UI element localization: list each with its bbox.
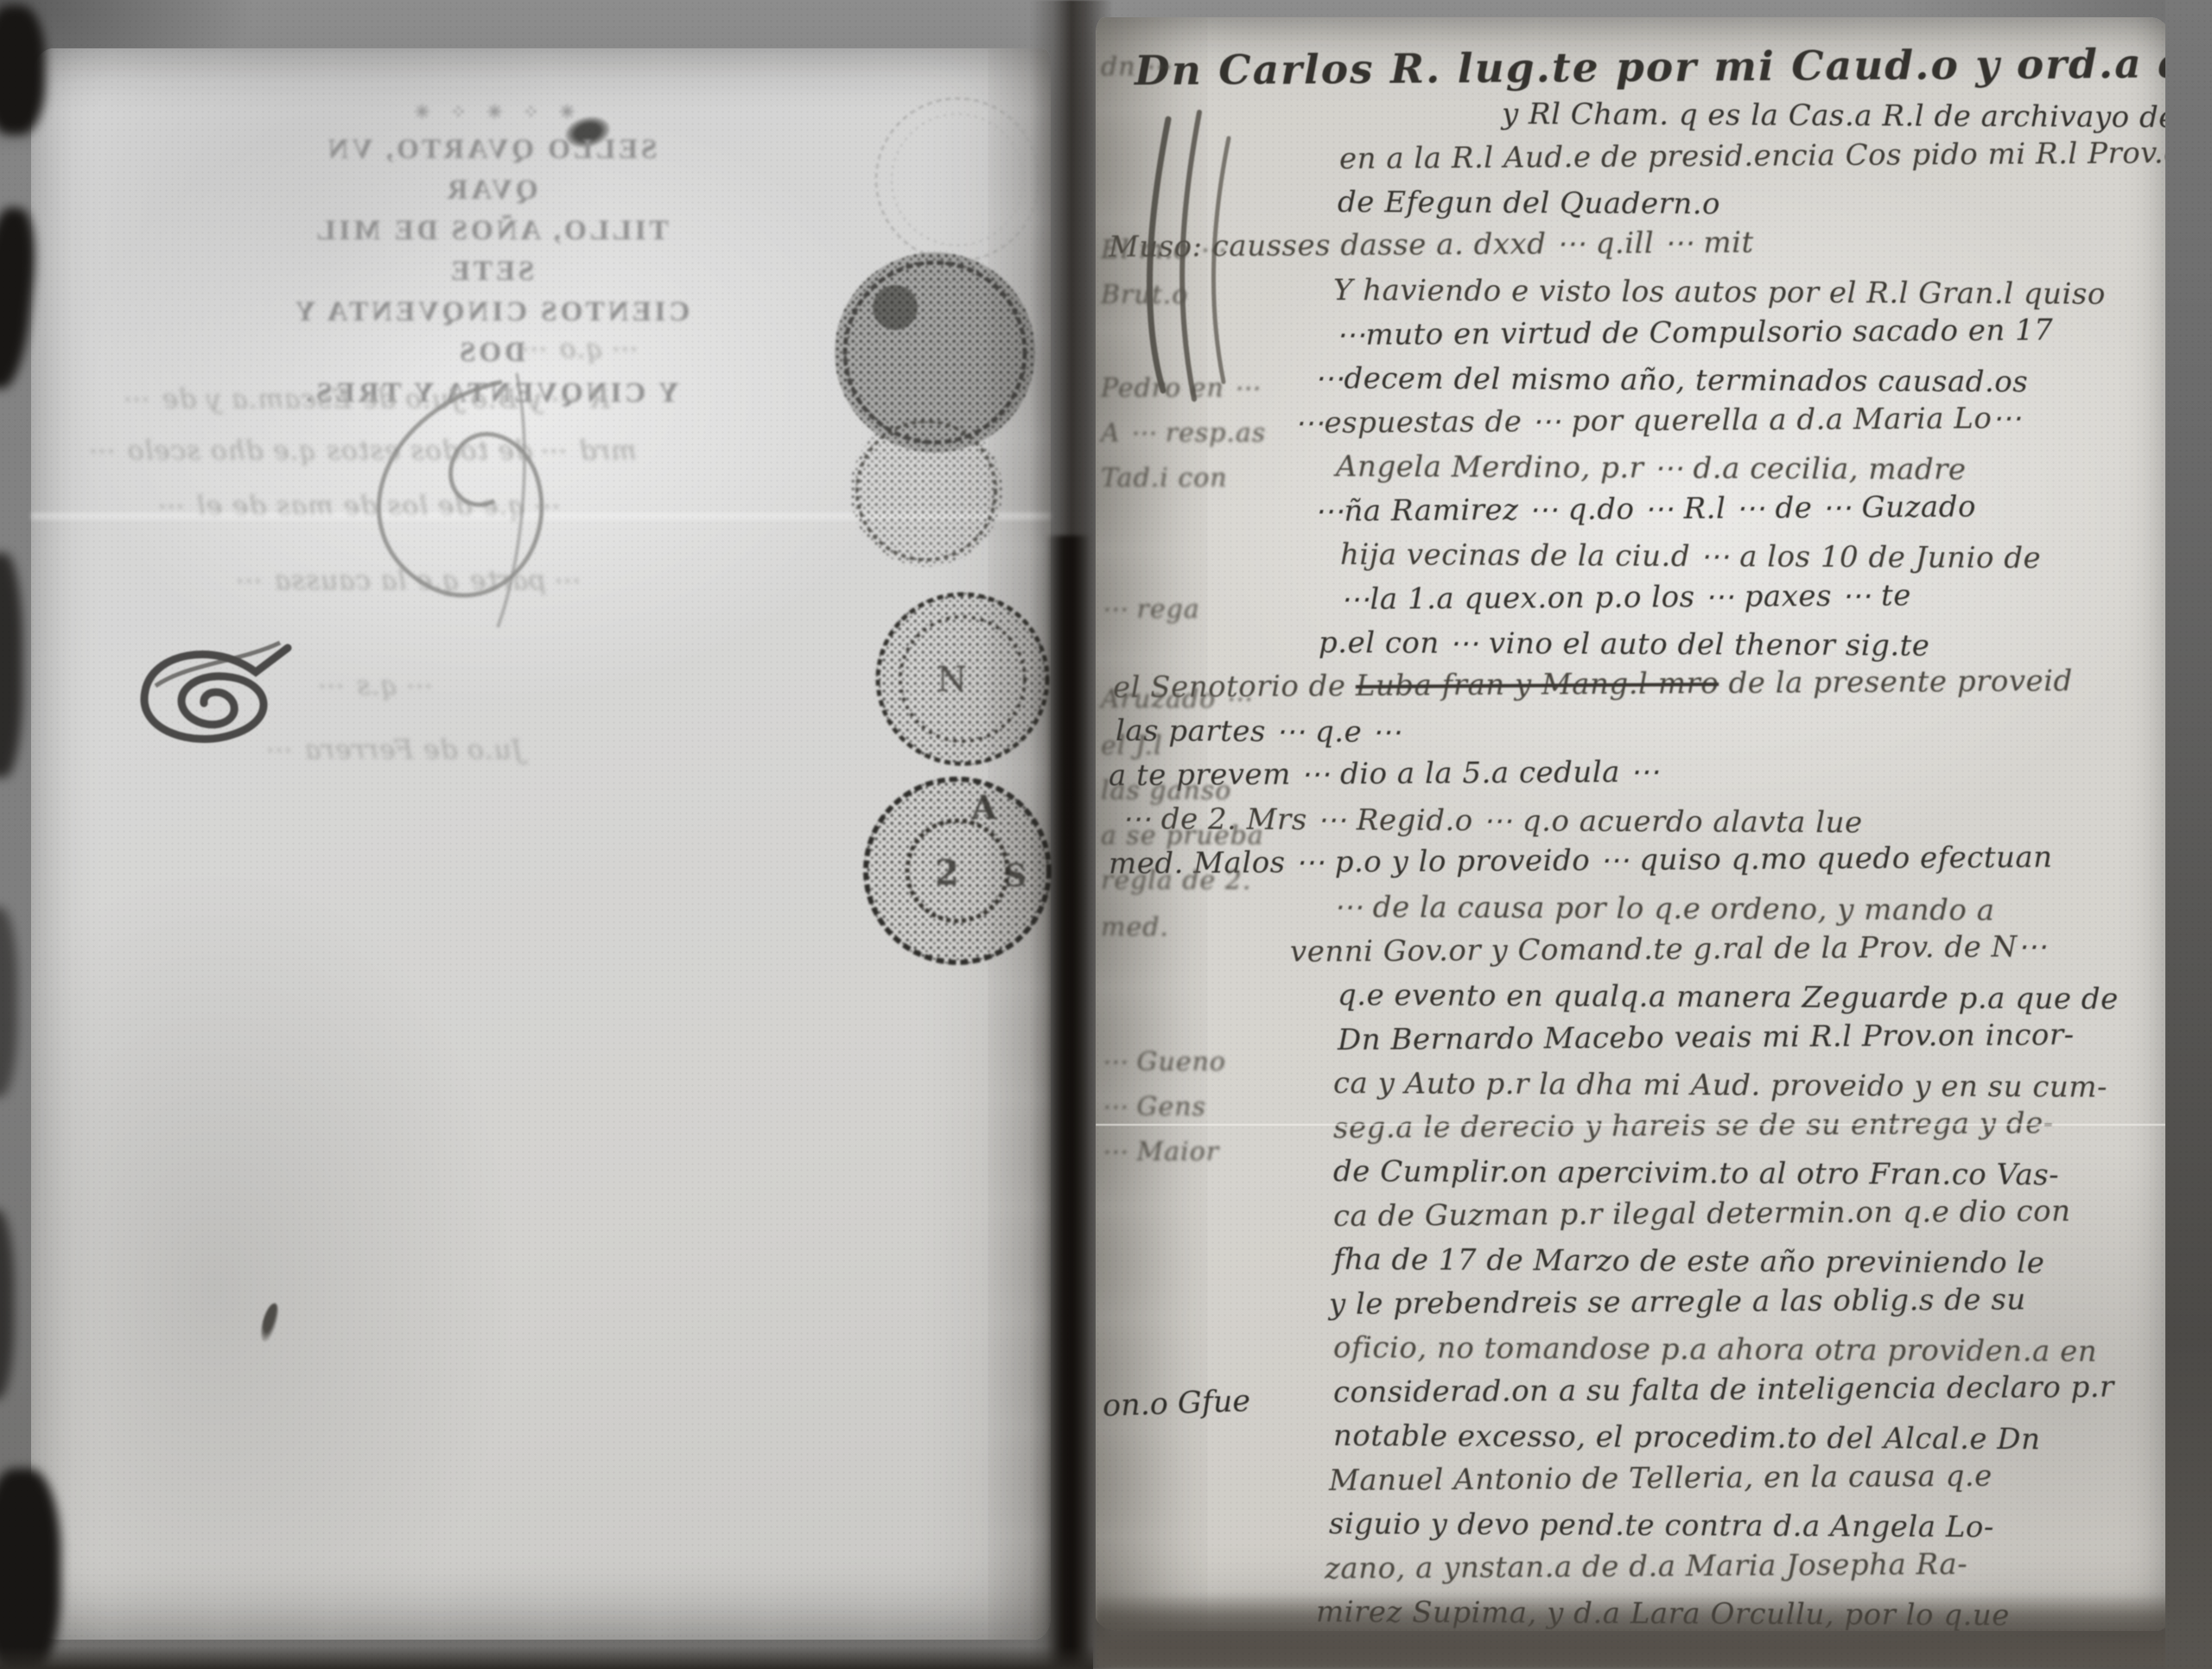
gutter-fragment: las ganso — [1101, 776, 1231, 806]
gutter-fragment: ⋯ Gueno — [1101, 1047, 1226, 1077]
seal-stamp-mid — [850, 415, 1002, 567]
gutter-fragment: med. — [1101, 912, 1169, 942]
line-text: hija vecinas de la ciu.d ⋯ a los 10 de J… — [1340, 537, 2041, 575]
line-text: fha de 17 de Marzo de este año previnien… — [1333, 1242, 2045, 1280]
line-text: Y haviendo e visto los autos por el R.l … — [1333, 273, 2106, 312]
seal-column: N A S 2 — [766, 74, 1059, 1007]
manuscript-line: ⋯ña Ramirez ⋯ q.do ⋯ R.l ⋯ de ⋯ Guzado — [1314, 484, 2163, 534]
line-text: oficio, no tomandose p.a ahora otra prov… — [1333, 1330, 2097, 1369]
seal-stamp-ring: N — [876, 593, 1049, 765]
line-text: p.el con ⋯ vino el auto del thenor sig.t… — [1319, 625, 1930, 663]
torn-edge-blob — [0, 1469, 60, 1669]
line-text: considerad.on a su falta de inteligencia… — [1333, 1370, 2114, 1410]
svg-text:2: 2 — [935, 853, 959, 893]
gutter-fragment: a se prueba — [1101, 821, 1264, 851]
gutter-fragment: ⋯ Maior — [1101, 1137, 1219, 1167]
gutter-fragment: regla de 2. — [1101, 866, 1251, 896]
svg-text:S: S — [1004, 858, 1027, 894]
line-text: ca y Auto p.r la dha mi Aud. proveido y … — [1333, 1066, 2107, 1105]
line-text-after: de la presente proveid — [1719, 663, 2073, 701]
gutter-fragment: El m.o ⋯ — [1101, 235, 1226, 265]
archival-scan: ✳ ⁘ ✳ ⁘ ✳ SELLO QVARTO, VN QVARTILLO, AÑ… — [0, 0, 2212, 1669]
line-text: ⋯ de la causa por lo q.e ordeno, y mando… — [1333, 890, 1995, 928]
line-text: ⋯espuestas de ⋯ por querella a d.a Maria… — [1294, 401, 2022, 441]
manuscript-line: ca de Guzman p.r ilegal determin.on q.e … — [1333, 1189, 2163, 1239]
gutter-fragment: el J.l — [1101, 731, 1163, 761]
line-text: Dn Bernardo Macebo veais mi R.l Prov.on … — [1338, 1018, 2075, 1057]
seal-stamp-faint — [876, 98, 1039, 261]
ink-spot — [258, 1302, 280, 1343]
torn-edge-blob — [0, 1209, 14, 1399]
gutter-fragment: Brut.o — [1101, 280, 1188, 310]
line-text: Manuel Antonio de Telleria, en la causa … — [1329, 1459, 1993, 1498]
line-text: q.e evento en qualq.a manera Zeguarde p.… — [1338, 978, 2119, 1017]
line-text: y Rl Cham. q es la Cas.a R.l de archivay… — [1502, 97, 2172, 136]
scratch-line — [1096, 1124, 2172, 1126]
line-text: ⋯ña Ramirez ⋯ q.do ⋯ R.l ⋯ de ⋯ Guzado — [1314, 490, 1976, 529]
right-page: Dn Carlos R. lug.te por mi Caud.o y ord.… — [1096, 17, 2172, 1631]
line-text: zano, a ynstan.a de d.a Maria Josepha Ra… — [1325, 1547, 1967, 1586]
pen-flourish — [334, 358, 584, 643]
line-text: venni Gov.or y Comand.te g.ral de la Pro… — [1290, 930, 2048, 969]
gutter-fragment: Aruzado ⋯ — [1101, 684, 1252, 714]
stamp-line: TILLO, AÑOS DE MIL SETE — [278, 211, 703, 292]
manuscript-line: en a la R.l Aud.e de presid.encia Cos pi… — [1339, 131, 2163, 181]
stamp-ornament: ✳ ⁘ ✳ ⁘ ✳ — [278, 95, 703, 130]
line-text: ca de Guzman p.r ilegal determin.on q.e … — [1333, 1194, 2071, 1234]
gutter-fragment: ⋯ Gens — [1101, 1092, 1206, 1122]
margin-note: on.o Gfue — [1102, 1384, 1250, 1424]
line-text: Angela Merdino, p.r ⋯ d.a cecilia, madre — [1336, 449, 1967, 487]
manuscript-line: y le prebendreis se arregle a las oblig.… — [1329, 1277, 2163, 1327]
line-text: seg.a le derecio y hareis se de su entre… — [1333, 1106, 2054, 1145]
manuscript-line: zano, a ynstan.a de d.a Maria Josepha Ra… — [1325, 1541, 2163, 1591]
manuscript-line: venni Gov.or y Comand.te g.ral de la Pro… — [1290, 924, 2163, 974]
page-bottom-shadow — [1096, 1593, 2172, 1669]
svg-text:N: N — [937, 660, 967, 700]
manuscript-line: seg.a le derecio y hareis se de su entre… — [1333, 1101, 2163, 1151]
seal-stamp-lettered: A S 2 — [864, 777, 1051, 964]
manuscript-line: Manuel Antonio de Telleria, en la causa … — [1329, 1453, 2163, 1503]
struck-text: Luba fran y Mang.l mro — [1356, 666, 1719, 703]
line-text: notable excesso, el procedim.to del Alca… — [1333, 1418, 2041, 1456]
scan-edge-right — [2165, 0, 2212, 1669]
left-page: ✳ ⁘ ✳ ⁘ ✳ SELLO QVARTO, VN QVARTILLO, AÑ… — [31, 48, 1051, 1640]
gutter-fragment: dn ⋯ — [1101, 52, 1172, 82]
manuscript-line: ⋯espuestas de ⋯ por querella a d.a Maria… — [1294, 396, 2163, 446]
gutter-fragment: Tad.i con — [1101, 463, 1228, 493]
manuscript-line: ⋯la 1.a quex.on p.o los ⋯ paxes ⋯ te — [1340, 572, 2163, 622]
line-text: de Efegun del Quadern.o — [1338, 185, 1720, 221]
line-text: siguio y devo pend.te contra d.a Angela … — [1329, 1507, 1994, 1545]
gutter-fragment: ⋯ rega — [1101, 594, 1200, 625]
torn-edge-blob — [0, 5, 45, 135]
line-text: ⋯muto en virtud de Compulsorio sacado en… — [1336, 313, 2054, 352]
scan-bottom-strip — [0, 1647, 1093, 1669]
torn-edge-blob — [0, 907, 17, 1097]
gutter-fragment: A ⋯ resp.as — [1101, 418, 1266, 448]
manuscript-line: Dn Bernardo Macebo veais mi R.l Prov.on … — [1338, 1012, 2163, 1063]
ink-scribble-coil — [111, 638, 309, 802]
line-text: ⋯decem del mismo año, terminados causad.… — [1314, 361, 2028, 399]
manuscript-line: considerad.on a su falta de inteligencia… — [1333, 1365, 2163, 1415]
svg-text:A: A — [970, 788, 997, 827]
line-text: de Cumplir.on apercivim.to al otro Fran.… — [1333, 1154, 2059, 1192]
bleedthrough-line: ⋯ q.s ⋯ — [319, 670, 435, 701]
gutter-fragment: Pedro en ⋯ — [1101, 373, 1260, 403]
stamp-line: SELLO QVARTO, VN QVAR — [278, 130, 703, 211]
manuscript-line: ⋯muto en virtud de Compulsorio sacado en… — [1336, 308, 2163, 358]
line-text: y le prebendreis se arregle a las oblig.… — [1329, 1282, 2026, 1322]
line-text: ⋯la 1.a quex.on p.o los ⋯ paxes ⋯ te — [1340, 578, 1911, 617]
line-text: en a la R.l Aud.e de presid.encia Cos pi… — [1339, 136, 2172, 176]
torn-edge-blob — [0, 553, 22, 777]
